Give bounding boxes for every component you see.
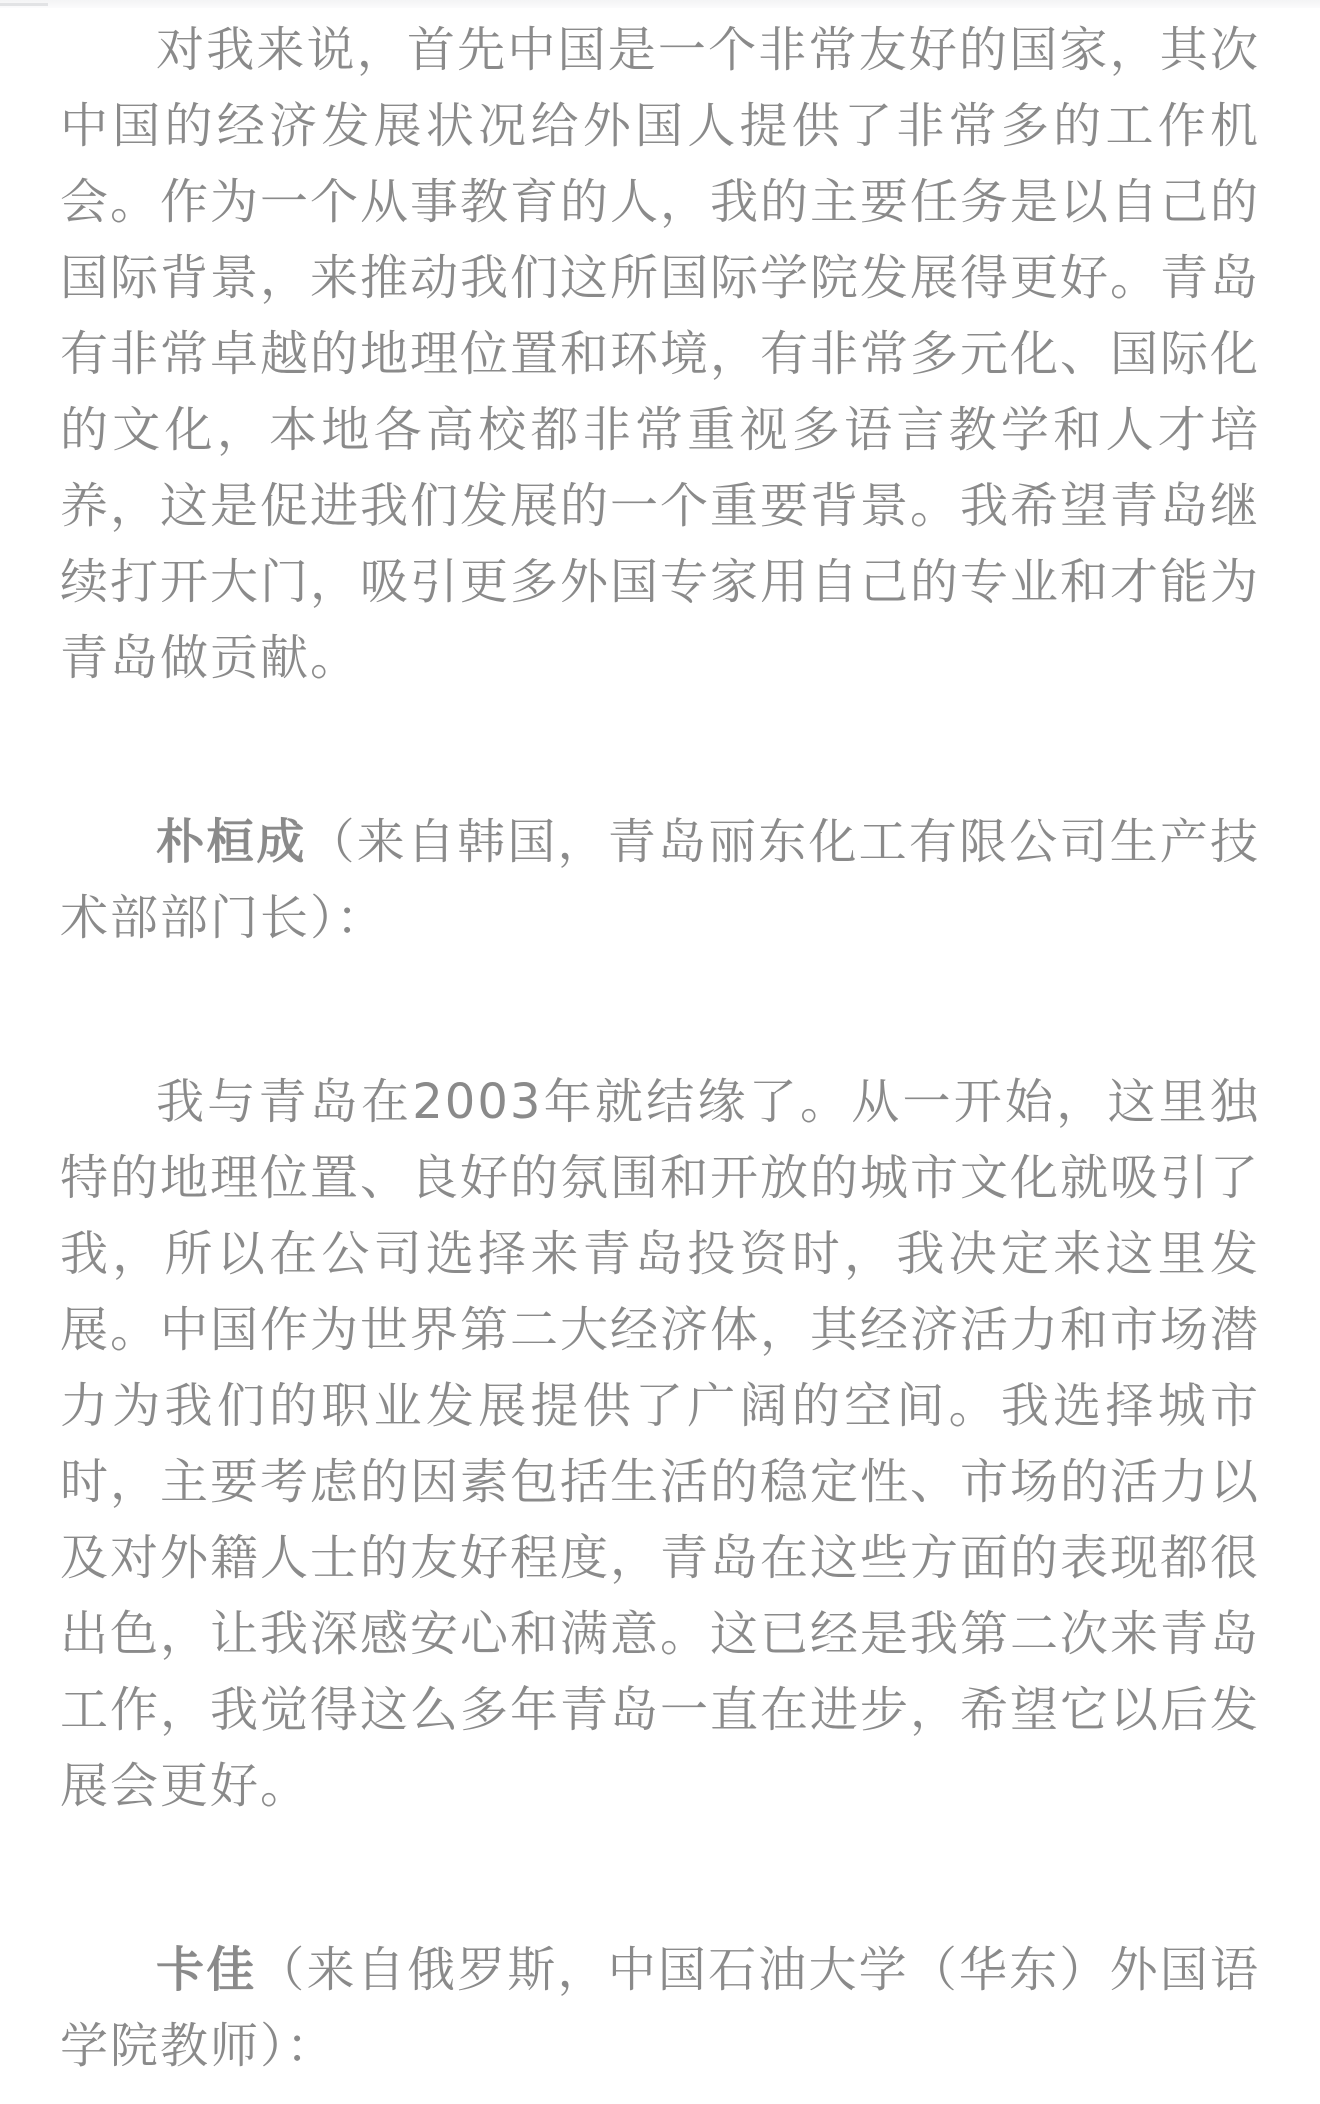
- article-content: 对我来说，首先中国是一个非常友好的国家，其次中国的经济发展状况给外国人提供了非常…: [0, 8, 1320, 2084]
- article-screen: 对我来说，首先中国是一个非常友好的国家，其次中国的经济发展状况给外国人提供了非常…: [0, 0, 1320, 2104]
- speaker-name-park: 朴桓成: [156, 814, 307, 870]
- speaker-line-katya: 卡佳（来自俄罗斯，中国石油大学（华东）外国语学院教师）：: [60, 1932, 1260, 2084]
- top-divider-mark: [0, 3, 48, 6]
- speaker-name-katya: 卡佳: [156, 1942, 256, 1998]
- paragraph-park-quote: 我与青岛在2003年就结缘了。从一开始，这里独特的地理位置、良好的氛围和开放的城…: [60, 1064, 1260, 1824]
- paragraph-intro-quote: 对我来说，首先中国是一个非常友好的国家，其次中国的经济发展状况给外国人提供了非常…: [60, 12, 1260, 696]
- speaker-line-park: 朴桓成（来自韩国，青岛丽东化工有限公司生产技术部部门长）：: [60, 804, 1260, 956]
- top-divider: [0, 0, 1320, 8]
